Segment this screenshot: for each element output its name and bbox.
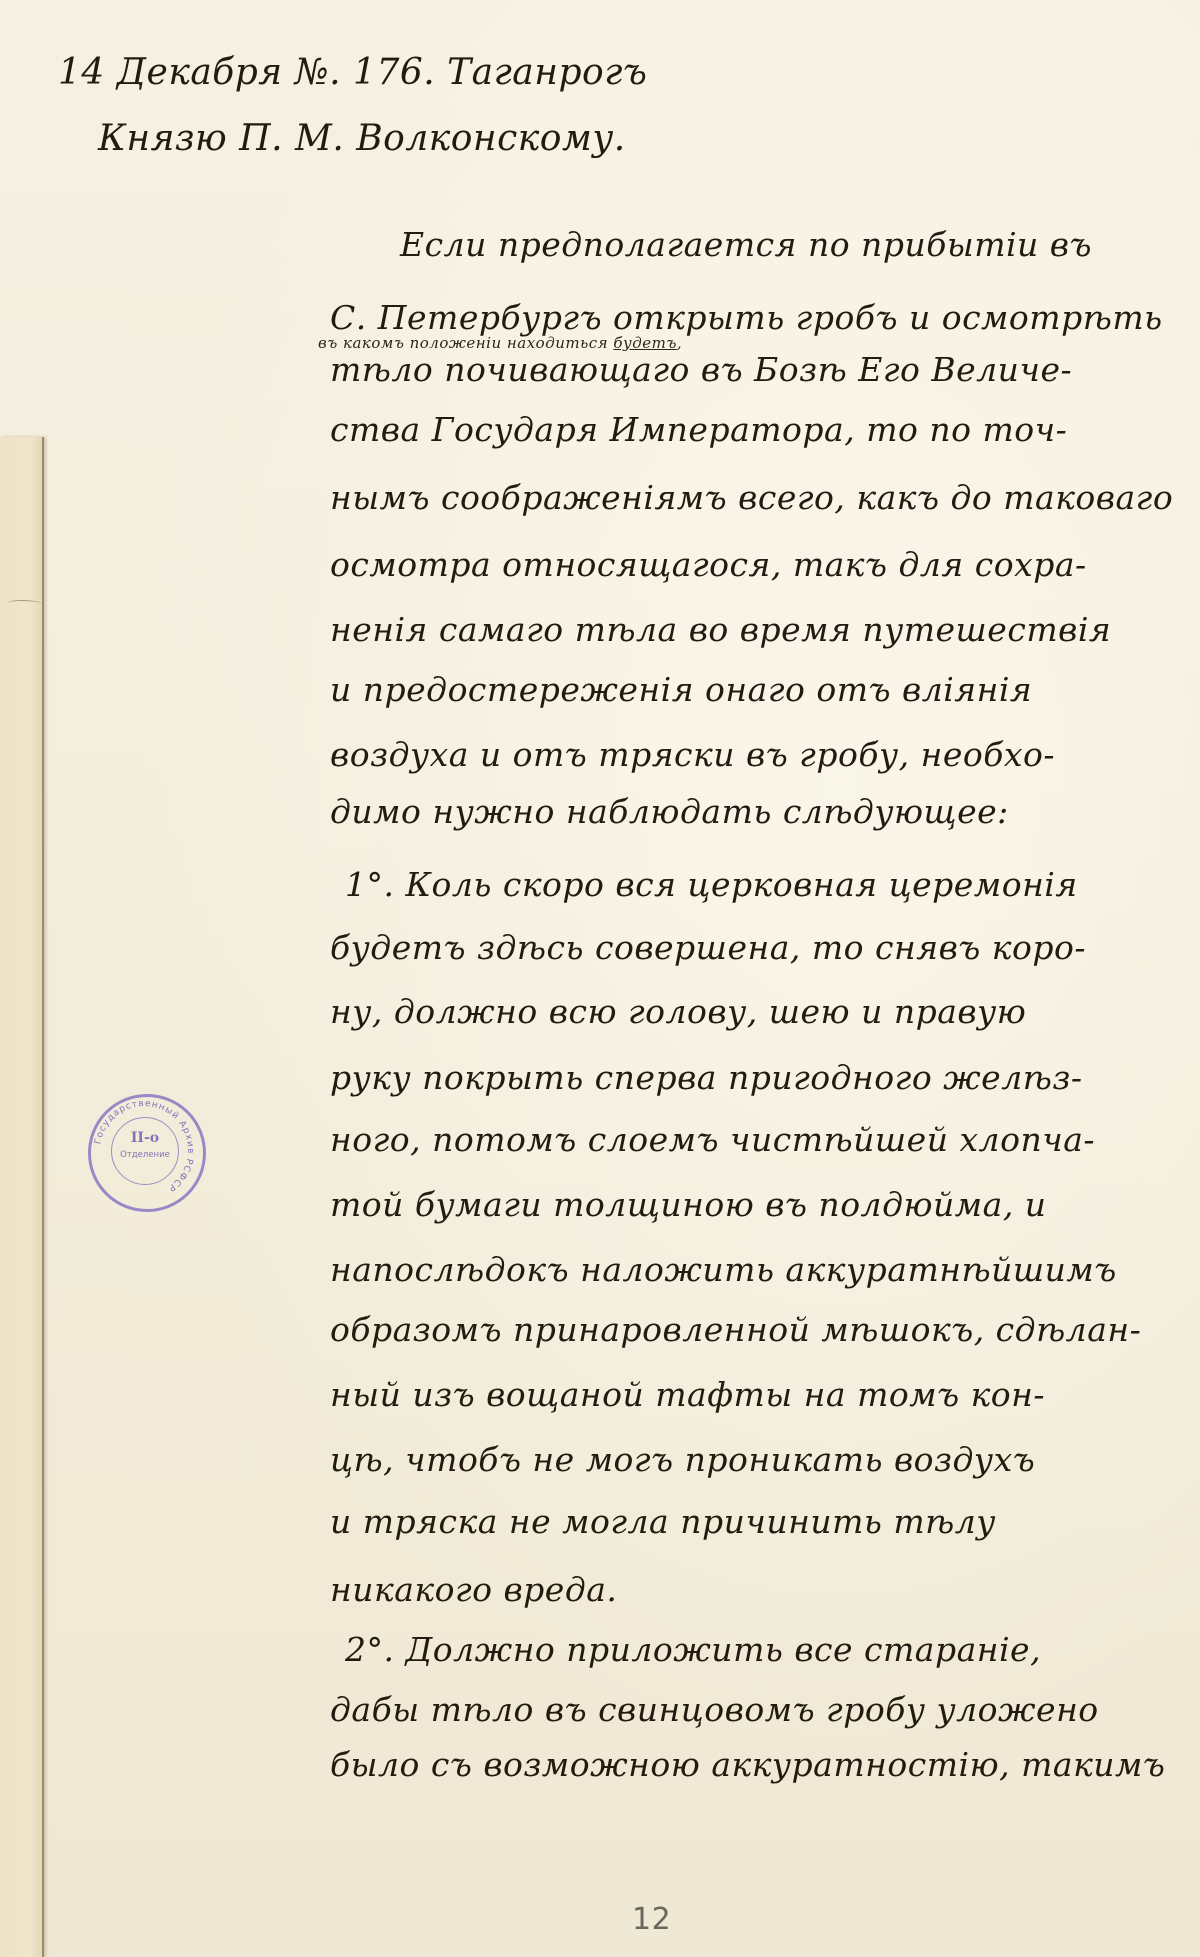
body-line: димо нужно наблюдать слѣдующее: bbox=[330, 792, 1009, 831]
stamp-department-label: Отделение bbox=[112, 1150, 178, 1160]
underlying-page-edge bbox=[0, 437, 44, 1957]
body-line: С. Петербургъ открыть гробъ и осмотрѣть bbox=[330, 298, 1163, 337]
body-line: и тряска не могла причинить тѣлу bbox=[330, 1502, 996, 1541]
body-line: будетъ здѣсь совершена, то снявъ коро- bbox=[330, 928, 1086, 967]
body-line: образомъ принаровленной мѣшокъ, сдѣлан- bbox=[330, 1310, 1141, 1349]
stamp-center: II-о Отделение bbox=[111, 1117, 179, 1185]
body-line: ного, потомъ слоемъ чистѣйшей хлопча- bbox=[330, 1120, 1095, 1159]
body-line: той бумаги толщиною въ полдюйма, и bbox=[330, 1185, 1047, 1224]
body-line: воздуха и отъ тряски въ гробу, необхо- bbox=[330, 735, 1055, 774]
body-line: ненія самаго тѣла во время путешествія bbox=[330, 610, 1111, 649]
body-line: было съ возможною аккуратностію, такимъ bbox=[330, 1745, 1165, 1784]
body-line: цѣ, чтобъ не могъ проникать воздухъ bbox=[330, 1440, 1035, 1479]
body-line: и предостереженія онаго отъ вліянія bbox=[330, 670, 1032, 709]
body-line: напослѣдокъ наложить аккуратнѣйшимъ bbox=[330, 1250, 1117, 1289]
body-line: осмотра относящагося, такъ для сохра- bbox=[330, 545, 1087, 584]
body-line: тѣло почивающаго въ Бозѣ Его Величе- bbox=[330, 350, 1072, 389]
header-date-line: 14 Декабря №. 176. Таганрогъ bbox=[58, 52, 647, 93]
body-line: ну, должно всю голову, шею и правую bbox=[330, 992, 1026, 1031]
body-line: 1°. Коль скоро вся церковная церемонія bbox=[345, 865, 1078, 904]
body-line: руку покрыть сперва пригодного желѣз- bbox=[330, 1058, 1083, 1097]
body-line: никакого вреда. bbox=[330, 1570, 617, 1609]
body-line: дабы тѣло въ свинцовомъ гробу уложено bbox=[330, 1690, 1099, 1729]
page-number: 12 bbox=[632, 1902, 671, 1937]
body-line: 2°. Должно приложить все стараніе, bbox=[345, 1630, 1041, 1669]
body-line: ный изъ вощаной тафты на томъ кон- bbox=[330, 1375, 1045, 1414]
body-line: ства Государя Императора, то по точ- bbox=[330, 410, 1067, 449]
body-line: нымъ соображеніямъ всего, какъ до такова… bbox=[330, 478, 1173, 517]
stamp-department-number: II-о bbox=[112, 1130, 178, 1146]
archive-stamp: Государственный Архив РСФСР II-о Отделен… bbox=[88, 1094, 206, 1212]
header-addressee: Князю П. М. Волконскому. bbox=[98, 118, 626, 159]
body-line: Если предполагается по прибытіи въ bbox=[400, 225, 1092, 264]
paper-tear bbox=[8, 600, 42, 607]
